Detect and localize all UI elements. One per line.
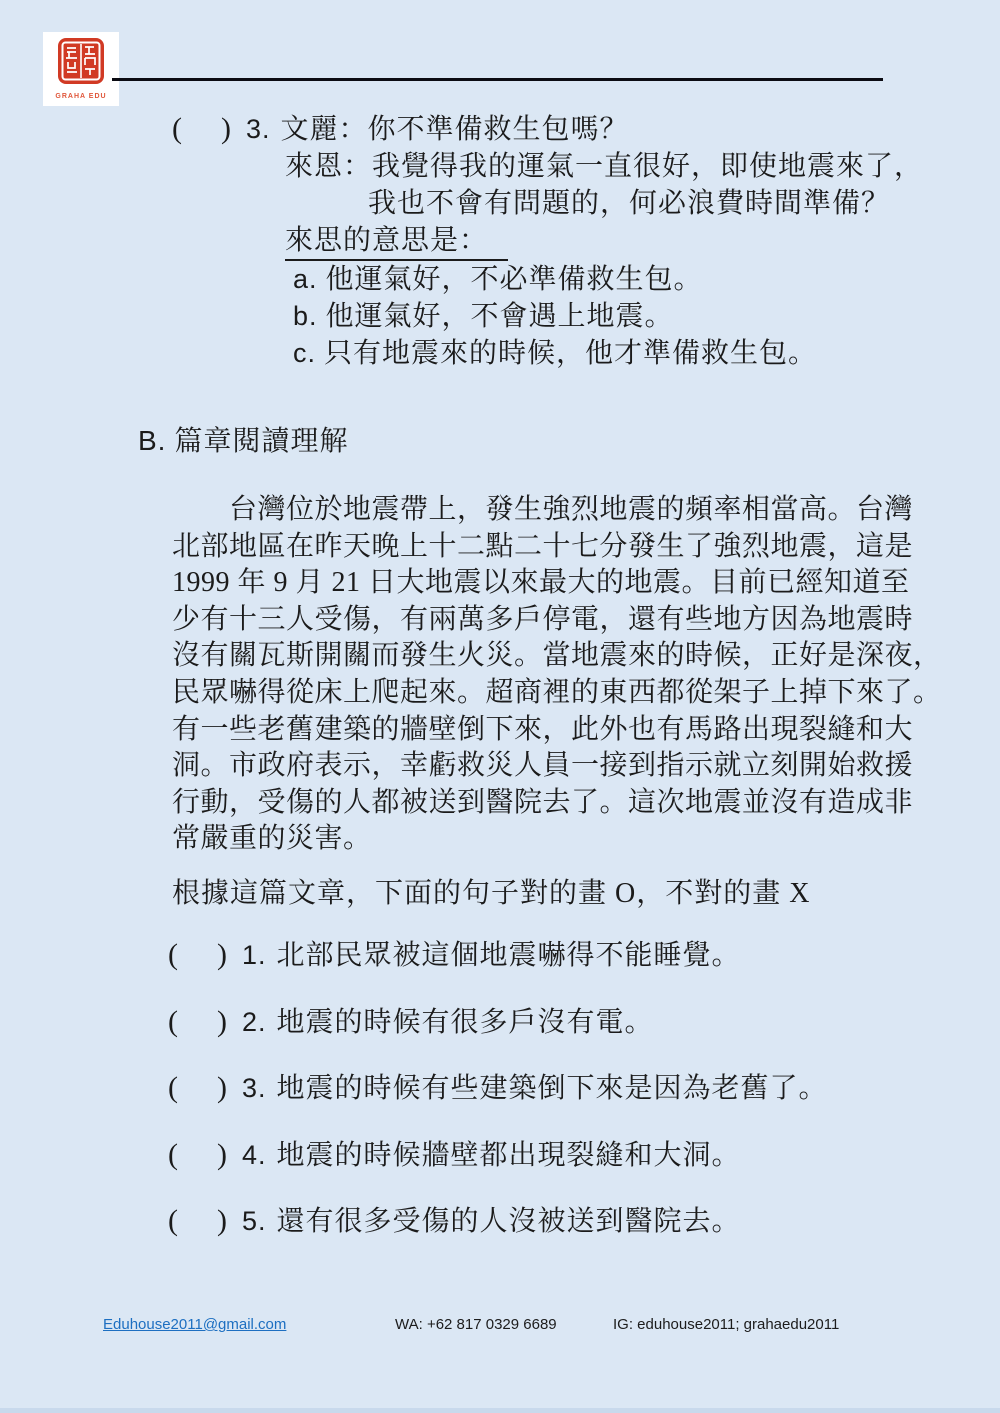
true-false-questions: ()1.北部民眾被這個地震嚇得不能睡覺。 ()2.地震的時候有很多戶沒有電。 (… [168, 936, 828, 1269]
passage-line: 常嚴重的災害。 [172, 821, 917, 858]
tf-question-1: ()1.北部民眾被這個地震嚇得不能睡覺。 [168, 936, 828, 974]
answer-paren-q3[interactable]: () [172, 110, 232, 147]
dialogue-line-wenli: 文麗：你不準備救生包嗎？ [281, 114, 629, 145]
tf-text-3: 地震的時候有些建築倒下來是因為老舊了。 [277, 1073, 828, 1104]
tf-text-4: 地震的時候牆壁都出現裂縫和大洞。 [277, 1140, 741, 1171]
option-b: b.他運氣好，不會遇上地震。 [293, 298, 923, 335]
option-c: c.只有地震來的時候，他才準備救生包。 [293, 335, 923, 372]
question-stem-row: 來思的意思是： [285, 222, 923, 261]
footer-whatsapp: WA: +62 817 0329 6689 [395, 1316, 557, 1333]
passage-line: 行動，受傷的人都被送到醫院去了。這次地震並沒有造成非 [172, 785, 917, 822]
option-a: a.他運氣好，不必準備救生包。 [293, 261, 923, 298]
tf-number-3: 3. [242, 1073, 267, 1103]
passage-line: 洞。市政府表示，幸虧救災人員一接到指示就立刻開始救援 [172, 748, 917, 785]
tf-question-4: ()4.地震的時候牆壁都出現裂縫和大洞。 [168, 1136, 828, 1174]
answer-paren-1[interactable]: () [168, 936, 228, 973]
option-c-label: c. [293, 338, 316, 368]
tf-number-4: 4. [242, 1140, 267, 1170]
page-footer: Eduhouse2011@gmail.com WA: +62 817 0329 … [0, 1316, 1000, 1340]
answer-paren-2[interactable]: () [168, 1003, 228, 1040]
logo-card: GRAHA EDU [43, 32, 119, 106]
option-b-text: 他運氣好，不會遇上地震。 [326, 301, 674, 332]
answer-paren-4[interactable]: () [168, 1136, 228, 1173]
dialogue-line-laien-1: 來恩：我覺得我的運氣一直很好，即使地震來了， [285, 148, 923, 185]
passage-line: 北部地區在昨天晚上十二點二十七分發生了強烈地震，這是 [172, 529, 917, 566]
passage-line: 台灣位於地震帶上，發生強烈地震的頻率相當高。台灣 [172, 492, 917, 529]
option-a-text: 他運氣好，不必準備救生包。 [326, 264, 703, 295]
tf-number-2: 2. [242, 1007, 267, 1037]
tf-text-2: 地震的時候有很多戶沒有電。 [277, 1007, 654, 1038]
question-3-line1: ()3.文麗：你不準備救生包嗎？ [172, 110, 923, 148]
passage-line: 有一些老舊建築的牆壁倒下來，此外也有馬路出現裂縫和大 [172, 712, 917, 749]
footer-email-link[interactable]: Eduhouse2011@gmail.com [103, 1316, 286, 1333]
tf-number-1: 1. [242, 940, 267, 970]
tf-question-3: ()3.地震的時候有些建築倒下來是因為老舊了。 [168, 1069, 828, 1107]
passage-line: 1999 年 9 月 21 日大地震以來最大的地震。目前已經知道至 [172, 565, 917, 602]
section-b-label: B. [138, 425, 166, 456]
question-stem: 來思的意思是： [285, 222, 508, 261]
option-a-label: a. [293, 264, 318, 294]
answer-paren-3[interactable]: () [168, 1069, 228, 1106]
header-divider [112, 78, 883, 81]
footer-instagram: IG: eduhouse2011; grahaedu2011 [613, 1316, 839, 1333]
logo-caption: GRAHA EDU [55, 93, 106, 100]
true-false-instruction: 根據這篇文章，下面的句子對的畫 O，不對的畫 X [172, 871, 810, 911]
passage-line: 沒有關瓦斯開關而發生火災。當地震來的時候，正好是深夜， [172, 638, 917, 675]
option-b-label: b. [293, 301, 318, 331]
tf-text-1: 北部民眾被這個地震嚇得不能睡覺。 [277, 940, 741, 971]
passage-line: 少有十三人受傷，有兩萬多戶停電，還有些地方因為地震時 [172, 602, 917, 639]
page-bottom-edge [0, 1408, 1000, 1413]
tf-text-5: 還有很多受傷的人沒被送到醫院去。 [277, 1206, 741, 1237]
section-b-title: 篇章閱讀理解 [174, 426, 348, 457]
reading-passage: 台灣位於地震帶上，發生強烈地震的頻率相當高。台灣 北部地區在昨天晚上十二點二十七… [172, 492, 917, 858]
section-b-heading: B.篇章閱讀理解 [138, 419, 348, 459]
tf-number-5: 5. [242, 1206, 267, 1236]
tf-question-5: ()5.還有很多受傷的人沒被送到醫院去。 [168, 1202, 828, 1240]
option-c-text: 只有地震來的時候，他才準備救生包。 [324, 338, 817, 369]
tf-question-2: ()2.地震的時候有很多戶沒有電。 [168, 1003, 828, 1041]
question-number: 3. [246, 114, 271, 144]
passage-line: 民眾嚇得從床上爬起來。超商裡的東西都從架子上掉下來了。 [172, 675, 917, 712]
section-a-question-3: ()3.文麗：你不準備救生包嗎？ 來恩：我覺得我的運氣一直很好，即使地震來了， … [172, 110, 923, 372]
dialogue-line-laien-2: 我也不會有問題的，何必浪費時間準備？ [368, 185, 923, 222]
graha-edu-seal-icon [57, 37, 105, 90]
answer-paren-5[interactable]: () [168, 1202, 228, 1239]
